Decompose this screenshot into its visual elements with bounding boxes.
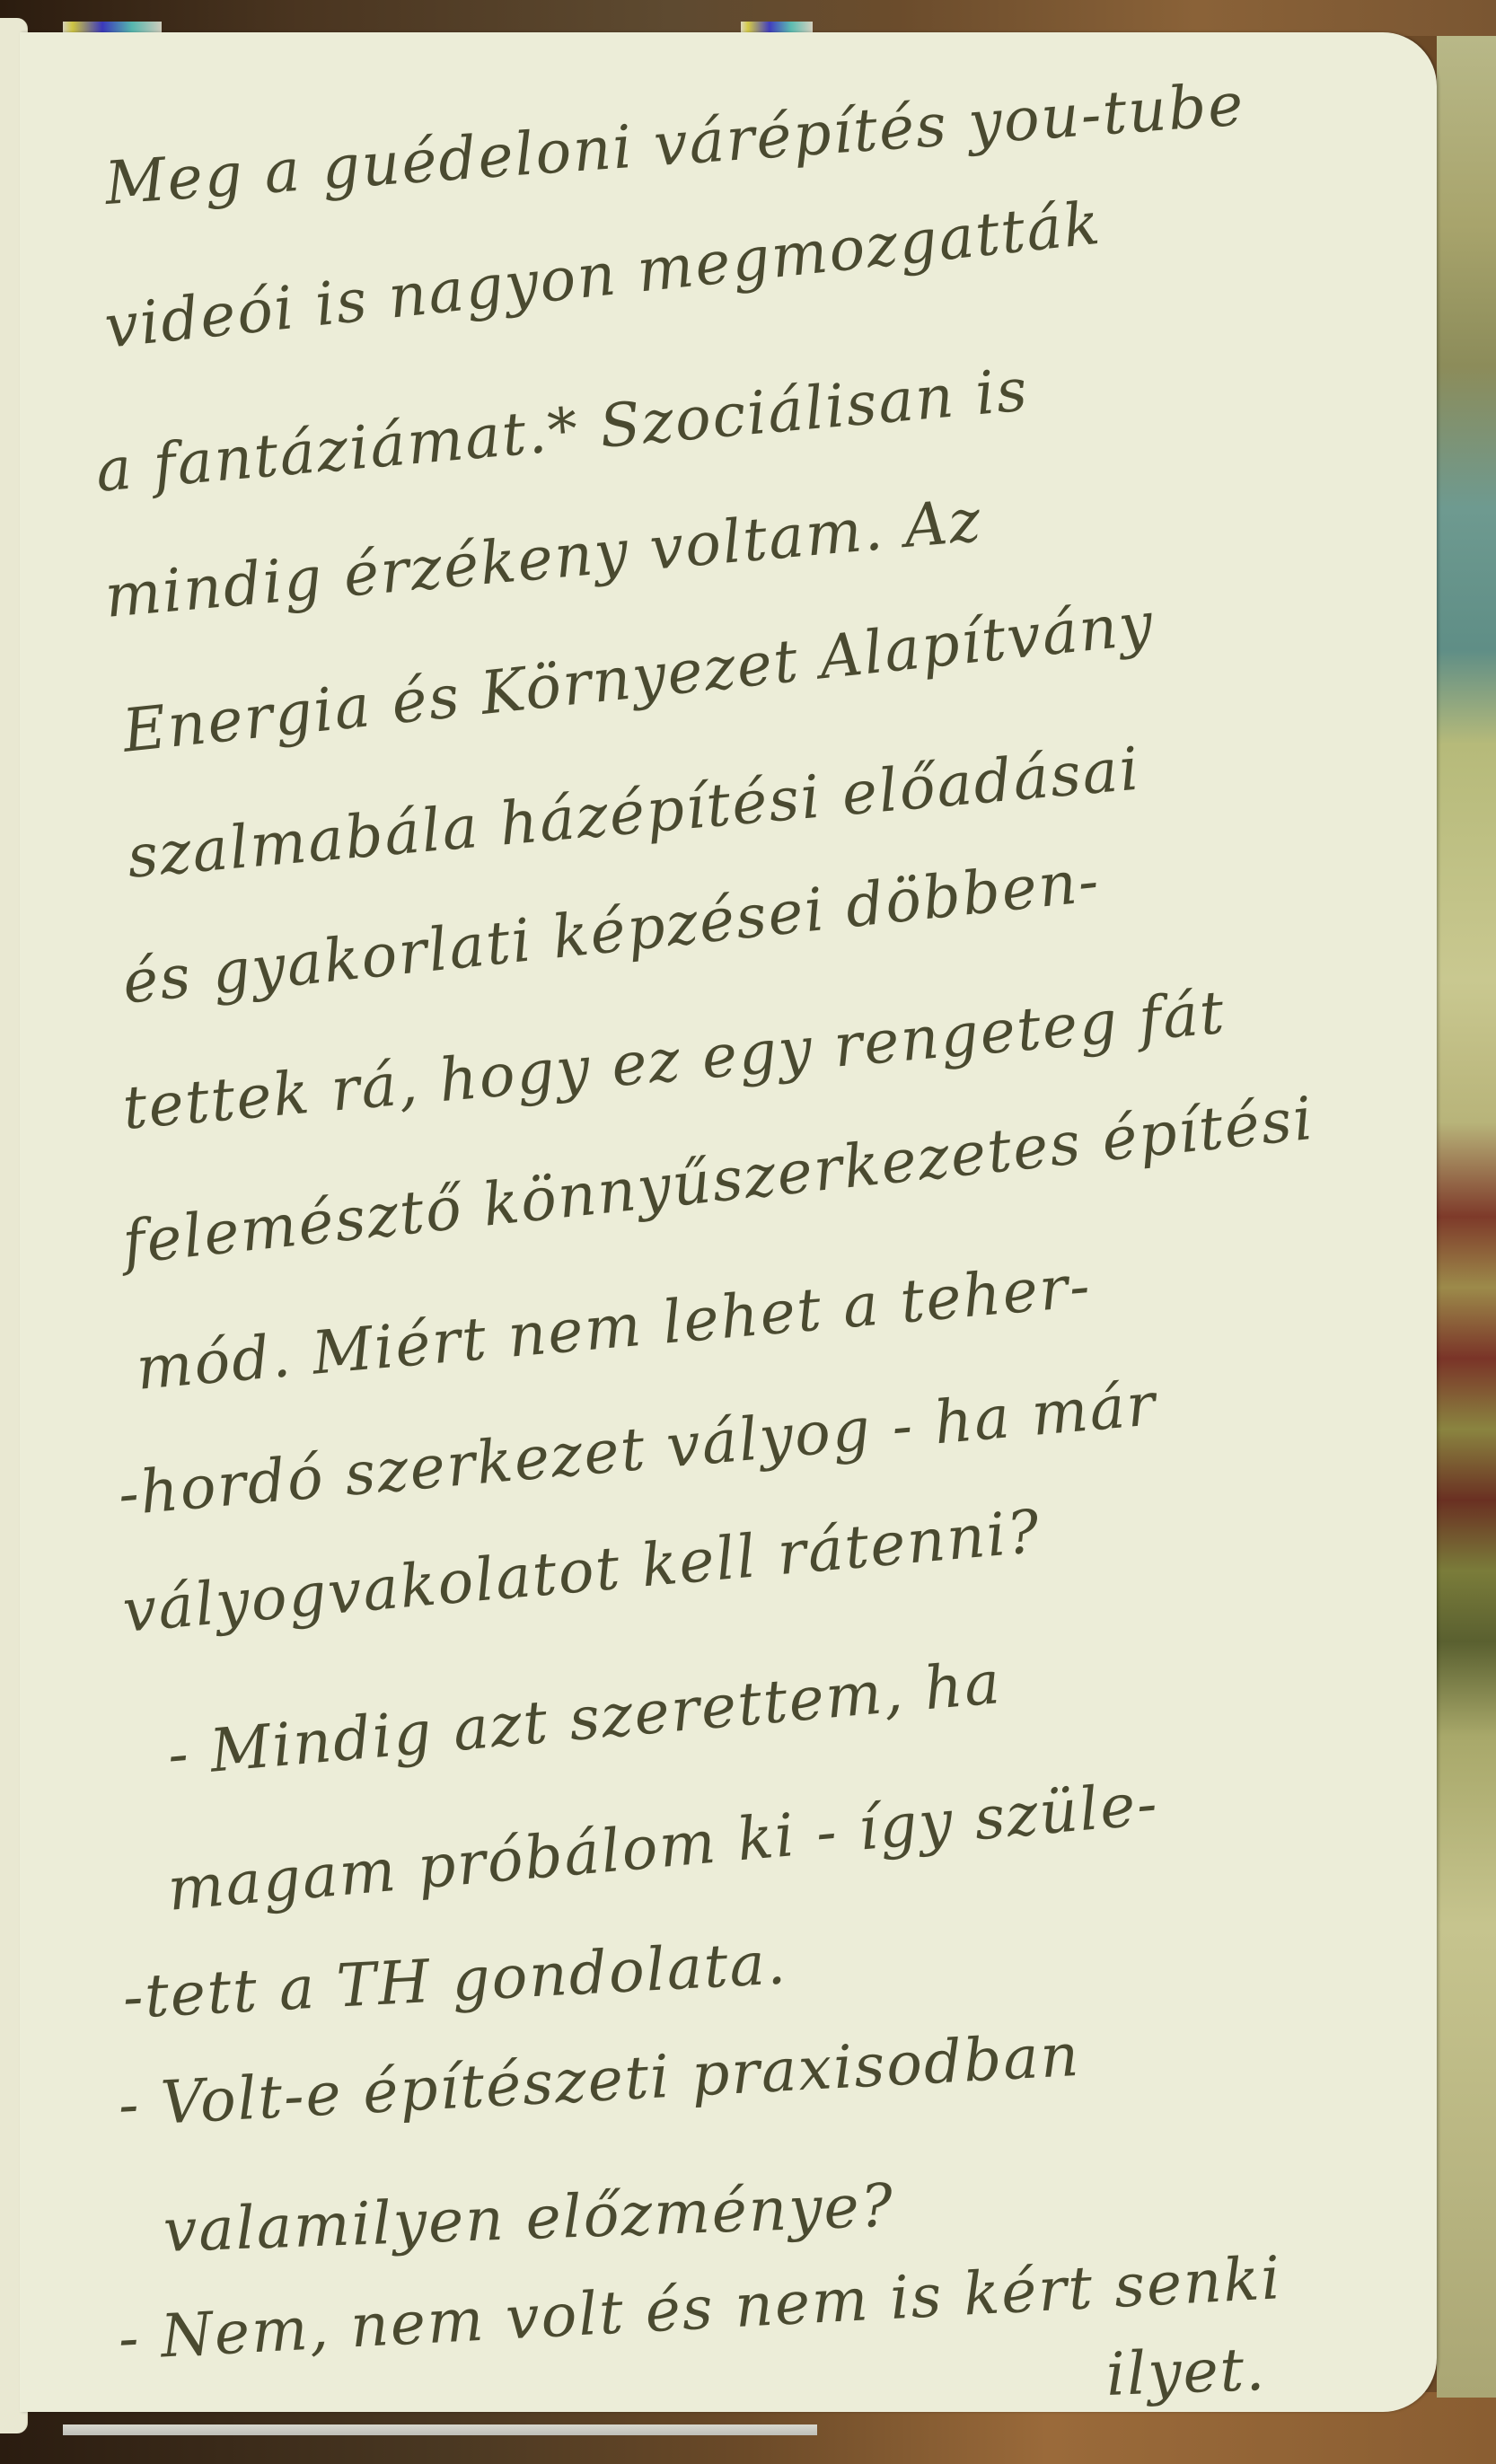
image-artifact-strip bbox=[63, 22, 162, 32]
notebook-page-edge bbox=[63, 2424, 817, 2435]
text-line: - Volt-e építészeti praxisodban bbox=[117, 2020, 1082, 2140]
text-line: mindig érzékeny voltam. Az bbox=[102, 486, 985, 631]
painted-artwork-edge bbox=[1437, 36, 1496, 2398]
image-artifact-strip bbox=[741, 22, 813, 32]
text-line: mód. Miért nem lehet a teher- bbox=[134, 1251, 1095, 1404]
text-line: magam próbálom ki - így szüle- bbox=[165, 1769, 1162, 1924]
handwritten-text: Meg a guédeloni várépítés you-tube videó… bbox=[20, 32, 1437, 2412]
notebook-page: Meg a guédeloni várépítés you-tube videó… bbox=[20, 32, 1437, 2412]
text-line: - Mindig azt szerettem, ha bbox=[165, 1648, 1005, 1790]
text-line: vályogvakolatot kell rátenni? bbox=[120, 1497, 1044, 1646]
text-line: ilyet. bbox=[1105, 2335, 1268, 2409]
text-line: valamilyen előzménye? bbox=[163, 2171, 895, 2266]
text-line: videói is nagyon megmozgatták bbox=[101, 189, 1104, 362]
text-line: a fantáziámat.* Szociálisan is bbox=[93, 355, 1032, 506]
text-line: -tett a TH gondolata. bbox=[121, 1928, 789, 2032]
